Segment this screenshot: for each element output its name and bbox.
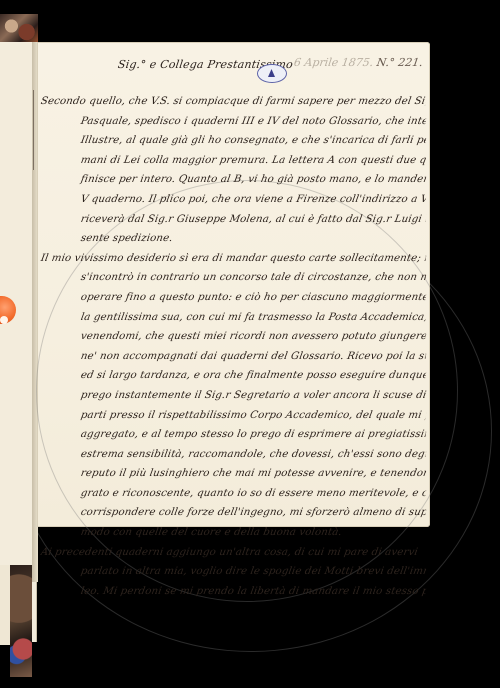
text-line: finisce per intero. Quanto al B, vi ho g… — [48, 174, 426, 194]
library-stamp-icon — [257, 64, 287, 83]
tab-highlight — [0, 316, 8, 324]
photo-background: Sig.° e Collega Prestantissimo 6 Aprile … — [0, 0, 500, 688]
marbled-cover-top — [0, 14, 38, 44]
text-line: leo. Mi perdoni se mi prendo la libertà … — [48, 586, 426, 606]
text-line: mani di Lei colla maggior premura. La le… — [48, 155, 426, 175]
text-line: sente spedizione. — [48, 233, 426, 253]
letter-body: Secondo quello, che V.S. si compiacque d… — [50, 96, 425, 605]
text-line: Pasquale, spedisco i quaderni III e IV d… — [48, 116, 426, 136]
marbled-cover-bottom — [10, 565, 32, 677]
text-line: Illustre, al quale già gli ho consegnato… — [48, 135, 426, 155]
text-line: estrema sensibilità, raccomandole, che d… — [48, 449, 426, 469]
text-line: reputo il più lusinghiero che mai mi pot… — [48, 468, 426, 488]
text-line: Secondo quello, che V.S. si compiacque d… — [38, 96, 426, 116]
text-line: corrispondere colle forze dell'ingegno, … — [48, 507, 426, 527]
text-line: parti presso il rispettabilissimo Corpo … — [48, 410, 426, 430]
text-line: s'incontrò in contrario un concorso tale… — [48, 272, 426, 292]
text-line: grato e riconoscente, quanto io so di es… — [48, 488, 426, 508]
margin-rule — [33, 90, 34, 170]
letter-date: 6 Aprile 1875. — [293, 56, 374, 69]
text-line: V quaderno. Il plico poi, che ora viene … — [48, 194, 426, 214]
text-line: operare fino a questo punto: e ciò ho pe… — [48, 292, 426, 312]
text-line: riceverà dal Sig.r Giuseppe Molena, al c… — [48, 214, 426, 234]
text-line: Il mio vivissimo desiderio sì era di man… — [38, 253, 426, 273]
text-line: prego instantemente il Sig.r Segretario … — [48, 390, 426, 410]
text-line: ed si largo tardanza, e ora che finalmen… — [48, 370, 426, 390]
date-line: 6 Aprile 1875. N.° 221. — [293, 56, 424, 69]
text-line: ne' non accompagnati dai quaderni del Gl… — [48, 351, 426, 371]
item-number: N.° 221. — [376, 56, 424, 69]
text-line: parlato in altra mia, voglio dire le spo… — [48, 566, 426, 586]
text-line: Ai precedenti quaderni aggiungo un'altra… — [38, 547, 426, 567]
underlying-page-lower — [0, 565, 10, 645]
text-line: la gentilissima sua, con cui mi fa trasm… — [48, 312, 426, 332]
text-line: aggregato, e al tempo stesso lo prego di… — [48, 429, 426, 449]
text-line: modo con quelle del cuore e della buona … — [48, 527, 426, 547]
text-line: venendomi, che questi miei ricordi non a… — [48, 331, 426, 351]
